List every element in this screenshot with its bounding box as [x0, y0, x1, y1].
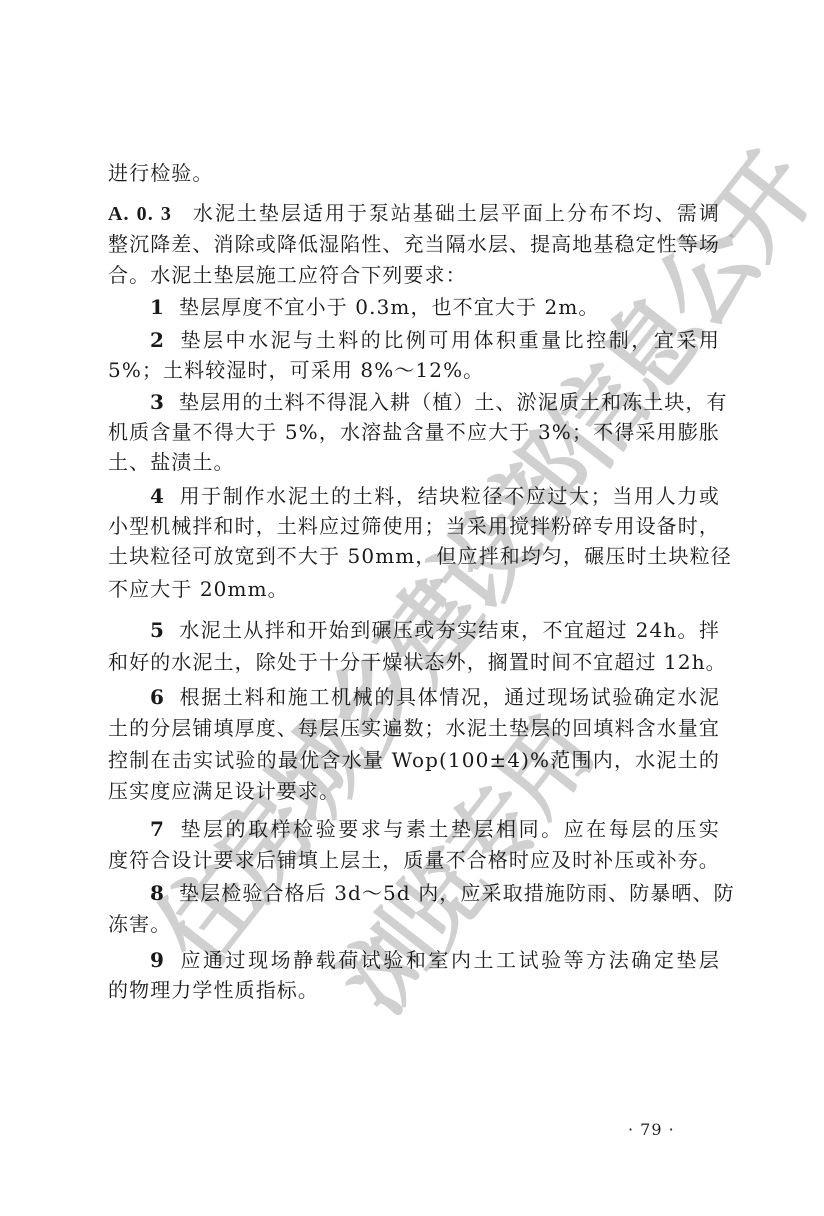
text-line: 合。水泥土垫层施工应符合下列要求：	[108, 260, 720, 290]
line-text: 垫层中水泥与土料的比例可用体积重量比控制，宜采用	[179, 328, 720, 352]
text-line: 和好的水泥土，除处于十分干燥状态外，搁置时间不宜超过 12h。	[108, 647, 720, 677]
line-text: 合。水泥土垫层施工应符合下列要求：	[108, 263, 467, 287]
text-line: 整沉降差、消除或降低湿陷性、充当隔水层、提高地基稳定性等场	[108, 229, 720, 259]
item-number: 9	[150, 945, 165, 975]
list-item-8: 8垫层检验合格后 3d～5d 内，应采取措施防雨、防暴晒、防	[108, 878, 720, 908]
line-text: 度符合设计要求后铺填上层土，质量不合格时应及时补压或补夯。	[108, 848, 720, 872]
text-line: 土块粒径可放宽到不大于 50mm，但应拌和均匀，碾压时土块粒径	[108, 541, 720, 571]
item-number: 3	[150, 387, 165, 417]
text-line: 小型机械拌和时，土料应过筛使用；当采用搅拌粉碎专用设备时，	[108, 511, 720, 541]
list-item-2: 2垫层中水泥与土料的比例可用体积重量比控制，宜采用	[108, 325, 720, 355]
line-text: 控制在击实试验的最优含水量 Wop(100±4)%范围内，水泥土的	[108, 748, 720, 772]
text-line: 机质含量不得大于 5%，水溶盐含量不应大于 3%；不得采用膨胀	[108, 417, 720, 447]
item-number: 4	[150, 481, 165, 511]
line-text: 垫层用的土料不得混入耕（植）土、淤泥质土和冻土块，有	[179, 390, 728, 414]
text-line: 进行检验。	[108, 158, 720, 188]
line-text: 冻害。	[108, 912, 171, 936]
item-number: 5	[150, 615, 165, 645]
line-text: 土的分层铺填厚度、每层压实遍数；水泥土垫层的回填料含水量宜	[108, 716, 720, 740]
line-text: 整沉降差、消除或降低湿陷性、充当隔水层、提高地基稳定性等场	[108, 232, 720, 256]
text-line: 冻害。	[108, 909, 720, 939]
list-item-9: 9应通过现场静载荷试验和室内土工试验等方法确定垫层	[108, 945, 720, 975]
text-line: 压实度应满足设计要求。	[108, 776, 720, 806]
line-text: 水泥土垫层适用于泵站基础土层平面上分布不均、需调	[192, 201, 720, 225]
line-text: 应通过现场静载荷试验和室内土工试验等方法确定垫层	[179, 948, 720, 972]
line-text: 不应大于 20mm。	[108, 577, 289, 601]
clause-heading-line: A. 0. 3水泥土垫层适用于泵站基础土层平面上分布不均、需调	[108, 198, 720, 228]
text-line: 土的分层铺填厚度、每层压实遍数；水泥土垫层的回填料含水量宜	[108, 713, 720, 743]
item-number: 7	[150, 814, 165, 844]
line-text: 的物理力学性质指标。	[108, 978, 319, 1002]
item-number: 6	[150, 682, 165, 712]
line-text: 用于制作水泥土的土料，结块粒径不应过大；当用人力或	[179, 484, 720, 508]
line-text: 垫层检验合格后 3d～5d 内，应采取措施防雨、防暴晒、防	[179, 881, 735, 905]
text-line: 控制在击实试验的最优含水量 Wop(100±4)%范围内，水泥土的	[108, 745, 720, 775]
text-line: 度符合设计要求后铺填上层土，质量不合格时应及时补压或补夯。	[108, 845, 720, 875]
line-text: 根据土料和施工机械的具体情况，通过现场试验确定水泥	[179, 685, 720, 709]
line-text: 和好的水泥土，除处于十分干燥状态外，搁置时间不宜超过 12h。	[108, 650, 727, 674]
line-text: 垫层的取样检验要求与素土垫层相同。应在每层的压实	[179, 817, 720, 841]
page-number: · 79 ·	[628, 1120, 675, 1139]
line-text: 压实度应满足设计要求。	[108, 779, 340, 803]
list-item-5: 5水泥土从拌和开始到碾压或夯实结束，不宜超过 24h。拌	[108, 615, 720, 645]
item-number: 8	[150, 878, 165, 908]
line-text: 土、盐渍土。	[108, 450, 235, 474]
text-line: 的物理力学性质指标。	[108, 975, 720, 1005]
item-number: 2	[150, 325, 165, 355]
line-text: 机质含量不得大于 5%，水溶盐含量不应大于 3%；不得采用膨胀	[108, 420, 720, 444]
list-item-3: 3垫层用的土料不得混入耕（植）土、淤泥质土和冻土块，有	[108, 387, 720, 417]
line-text: 小型机械拌和时，土料应过筛使用；当采用搅拌粉碎专用设备时，	[108, 514, 720, 538]
line-text: 土块粒径可放宽到不大于 50mm，但应拌和均匀，碾压时土块粒径	[108, 544, 732, 568]
text-line: 不应大于 20mm。	[108, 574, 720, 604]
item-number: 1	[150, 292, 165, 322]
line-text: 垫层厚度不宜小于 0.3m，也不宜大于 2m。	[179, 295, 599, 319]
line-text: 进行检验。	[108, 161, 214, 185]
list-item-6: 6根据土料和施工机械的具体情况，通过现场试验确定水泥	[108, 682, 720, 712]
document-page: 住房城乡建设部信息公开 浏览专用 进行检验。 A. 0. 3水泥土垫层适用于泵站…	[0, 0, 824, 1216]
text-line: 5%；土料较湿时，可采用 8%～12%。	[108, 355, 720, 385]
clause-number: A. 0. 3	[108, 203, 172, 225]
list-item-4: 4用于制作水泥土的土料，结块粒径不应过大；当用人力或	[108, 481, 720, 511]
list-item-1: 1垫层厚度不宜小于 0.3m，也不宜大于 2m。	[108, 292, 762, 322]
line-text: 水泥土从拌和开始到碾压或夯实结束，不宜超过 24h。拌	[179, 618, 720, 642]
line-text: 5%；土料较湿时，可采用 8%～12%。	[108, 358, 484, 382]
text-line: 土、盐渍土。	[108, 447, 720, 477]
list-item-7: 7垫层的取样检验要求与素土垫层相同。应在每层的压实	[108, 814, 720, 844]
